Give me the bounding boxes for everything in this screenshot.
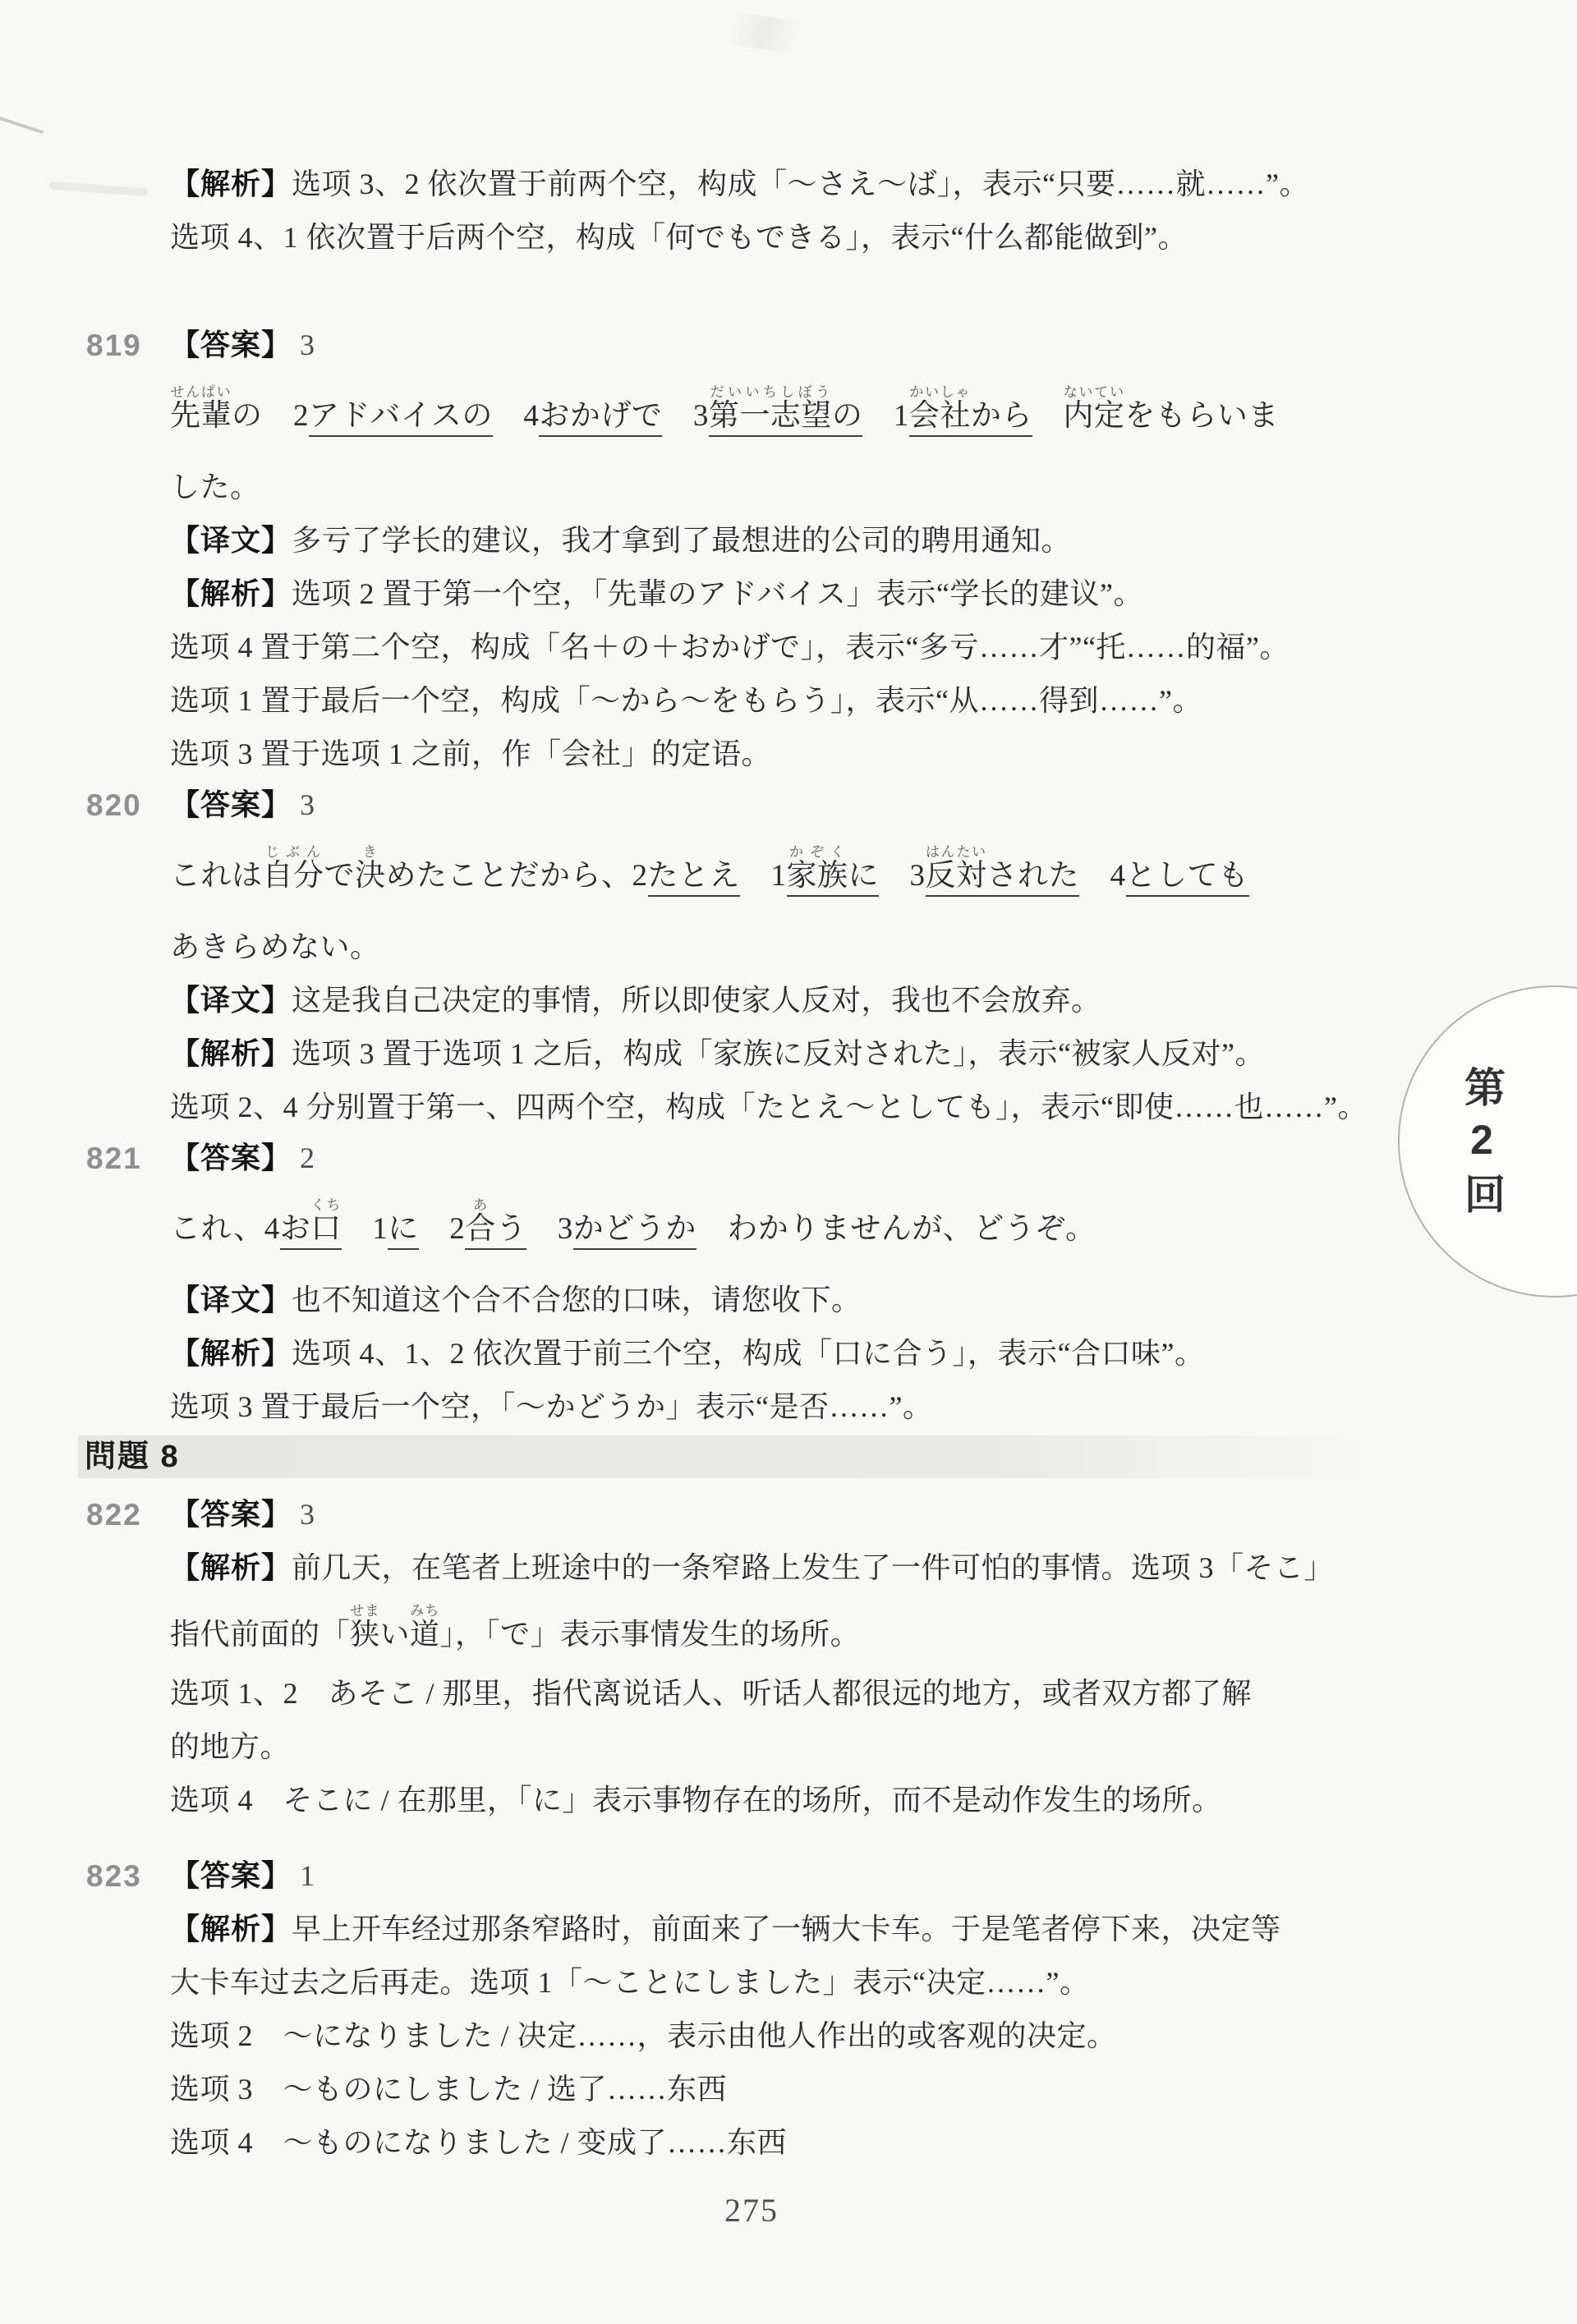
- underlined-option: かどうか: [573, 1212, 697, 1250]
- question-number: 822: [86, 1488, 142, 1541]
- answer-block-823: 823【答案】1【解析】早上开车经过那条窄路时，前面来了一辆大卡车。于是笔者停下…: [170, 1849, 1435, 2170]
- text-line: 选项 2 ～になりました / 决定……，表示由他人作出的或客观的决定。: [170, 2009, 1435, 2063]
- underlined-option: おかげで: [539, 399, 662, 437]
- field-label: 【解析】: [170, 1337, 292, 1370]
- field-label: 【译文】: [170, 1284, 292, 1316]
- underlined-option: 第一志望だいいちしぼう: [709, 384, 832, 437]
- text-line: 【答案】3: [170, 319, 1435, 372]
- underlined-option: された: [987, 859, 1080, 897]
- text-line: 【答案】3: [170, 778, 1435, 832]
- page-number: 275: [0, 2191, 1503, 2230]
- answer-block-820: 820【答案】3これは自分じぶんで決きめたことだから、2たとえ 1家族かぞくに …: [170, 778, 1435, 1134]
- text-line: 【解析】选项 3、2 依次置于前两个空，构成「～さえ～ば」，表示“只要……就………: [170, 158, 1435, 211]
- question-number: 819: [86, 319, 142, 372]
- text-line: あきらめない。: [170, 921, 1435, 974]
- text-line: 选项 1 置于最后一个空，构成「～から～をもらう」，表示“从……得到……”。: [170, 674, 1435, 728]
- answer-block: 【解析】选项 3、2 依次置于前两个空，构成「～さえ～ば」，表示“只要……就………: [170, 158, 1435, 264]
- field-label: 【解析】: [170, 1551, 292, 1584]
- text-line: 【译文】多亏了学长的建议，我才拿到了最想进的公司的聘用通知。: [170, 514, 1435, 567]
- text-line: 【译文】这是我自己决定的事情，所以即使家人反对，我也不会放弃。: [170, 974, 1435, 1027]
- underlined-option: に: [848, 859, 880, 897]
- text-line: 选项 1、2 あそこ / 那里，指代离说话人、听话人都很远的地方，或者双方都了解: [170, 1667, 1435, 1720]
- underlined-option: から: [971, 399, 1032, 437]
- text-line: 【答案】3: [170, 1488, 1435, 1541]
- field-label: 【答案】: [170, 1498, 292, 1531]
- text-line: した。: [170, 461, 1435, 514]
- text-line: 【答案】1: [170, 1849, 1435, 1903]
- field-label: 【答案】: [170, 1859, 292, 1892]
- field-label: 【答案】: [170, 328, 292, 361]
- question-number: 820: [86, 778, 142, 832]
- japanese-sentence-line: 指代前面的「狭せまい道みち」，「で」表示事情发生的场所。: [170, 1595, 1435, 1667]
- text-line: 【译文】也不知道这个合不合您的口味，请您收下。: [170, 1274, 1435, 1327]
- text-line: 【解析】早上开车经过那条窄路时，前面来了一辆大卡车。于是笔者停下来，决定等: [170, 1903, 1435, 1956]
- question-number: 823: [86, 1849, 142, 1903]
- underlined-option: アドバイスの: [309, 399, 493, 437]
- text-line: 选项 3 置于选项 1 之前，作「会社」的定语。: [170, 728, 1435, 781]
- text-line: 选项 3 置于最后一个空，「～かどうか」表示“是否……”。: [170, 1380, 1435, 1434]
- field-label: 【译文】: [170, 524, 292, 557]
- text-line: 选项 4 そこに / 在那里，「に」表示事物存在的场所，而不是动作发生的场所。: [170, 1774, 1435, 1827]
- underlined-option: としても: [1126, 859, 1249, 897]
- text-line: 【解析】选项 2 置于第一个空，「先輩のアドバイス」表示“学长的建议”。: [170, 567, 1435, 621]
- underlined-option: お: [280, 1212, 311, 1250]
- section-heading: 問題 8: [78, 1435, 180, 1478]
- underlined-option: の: [832, 399, 863, 437]
- text-line: 【解析】选项 3 置于选项 1 之后，构成「家族に反対された」，表示“被家人反对…: [170, 1027, 1435, 1081]
- answer-block-821: 821【答案】2これ、4お口くち 1に 2合あう 3かどうか わかりませんが、ど…: [170, 1132, 1435, 1434]
- question-number: 821: [86, 1132, 142, 1185]
- underlined-option: 家族かぞく: [787, 844, 848, 897]
- japanese-sentence-line: 先輩せんぱいの 2アドバイスの 4おかげで 3第一志望だいいちしぼうの 1会社か…: [170, 372, 1435, 461]
- underlined-option: 反対はんたい: [926, 844, 987, 897]
- section-tab-label: 第2回: [1452, 1066, 1511, 1224]
- japanese-sentence-line: これは自分じぶんで決きめたことだから、2たとえ 1家族かぞくに 3反対はんたいさ…: [170, 832, 1435, 921]
- field-label: 【答案】: [170, 1141, 292, 1174]
- book-page: 【解析】选项 3、2 依次置于前两个空，构成「～さえ～ば」，表示“只要……就………: [0, 0, 1577, 2324]
- japanese-sentence-line: これ、4お口くち 1に 2合あう 3かどうか わかりませんが、どうぞ。: [170, 1185, 1435, 1274]
- underlined-option: たとえ: [648, 859, 741, 897]
- answer-block-822: 822【答案】3【解析】前几天，在笔者上班途中的一条窄路上发生了一件可怕的事情。…: [170, 1488, 1435, 1827]
- text-line: 选项 2、4 分别置于第一、四两个空，构成「たとえ～としても」，表示“即使……也…: [170, 1081, 1435, 1134]
- text-line: 选项 4 置于第二个空，构成「名＋の＋おかげで」，表示“多亏……才”“托……的福…: [170, 621, 1435, 674]
- field-label: 【解析】: [170, 1913, 292, 1945]
- answer-block-819: 819【答案】3先輩せんぱいの 2アドバイスの 4おかげで 3第一志望だいいちし…: [170, 319, 1435, 781]
- field-label: 【解析】: [170, 577, 292, 610]
- underlined-option: 口くち: [310, 1197, 342, 1250]
- text-line: 大卡车过去之后再走。选项 1「～ことにしました」表示“决定……”。: [170, 1956, 1435, 2009]
- text-line: 选项 4、1 依次置于后两个空，构成「何でもできる」，表示“什么都能做到”。: [170, 211, 1435, 264]
- text-line: 选项 4 ～ものになりました / 变成了……东西: [170, 2116, 1435, 2170]
- field-label: 【译文】: [170, 984, 292, 1017]
- underlined-option: に: [388, 1212, 419, 1250]
- section-heading-band: 問題 8: [78, 1435, 1376, 1478]
- text-line: 【解析】选项 4、1、2 依次置于前三个空，构成「口に合う」，表示“合口味”。: [170, 1327, 1435, 1380]
- text-line: 选项 3 ～ものにしました / 选了……东西: [170, 2063, 1435, 2116]
- field-label: 【答案】: [170, 788, 292, 821]
- text-line: 的地方。: [170, 1720, 1435, 1774]
- field-label: 【解析】: [170, 1037, 292, 1070]
- page-content: 【解析】选项 3、2 依次置于前两个空，构成「～さえ～ば」，表示“只要……就………: [0, 0, 1577, 2324]
- underlined-option: 合あ: [465, 1197, 496, 1250]
- underlined-option: う: [496, 1212, 527, 1250]
- text-line: 【解析】前几天，在笔者上班途中的一条窄路上发生了一件可怕的事情。选项 3「そこ」: [170, 1541, 1435, 1595]
- underlined-option: 会社かいしゃ: [909, 384, 971, 437]
- text-line: 【答案】2: [170, 1132, 1435, 1185]
- field-label: 【解析】: [170, 168, 292, 200]
